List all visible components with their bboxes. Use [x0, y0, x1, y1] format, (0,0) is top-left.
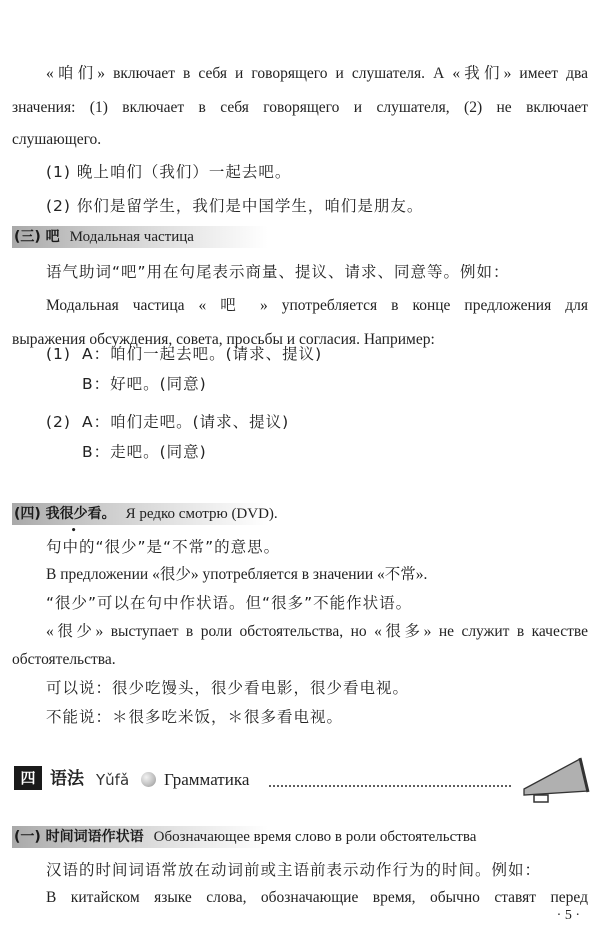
heading-zh: (一) 时间词语作状语: [14, 829, 144, 845]
grammar-title-zh: 语法: [50, 766, 84, 792]
dialog-1-b: B：好吧。(同意): [82, 374, 207, 394]
section-heading-si: (四) 我很少看。Я редко смотрю (DVD).: [14, 503, 278, 525]
grammar-pinyin: Yǔfǎ: [96, 767, 129, 793]
san-zh-explanation: 语气助词“吧”用在句尾表示商量、提议、请求、同意等。例如：: [46, 262, 510, 282]
yi-zh-line: 汉语的时间词语常放在动词前或主语前表示动作行为的时间。例如：: [46, 860, 541, 880]
intro-line-3: слушающего.: [12, 130, 101, 150]
grammar-title-ru: Грамматика: [164, 767, 249, 793]
section-heading-san: (三) 吧Модальная частица: [14, 226, 194, 248]
intro-line-2: значения: (1) включает в себя говорящего…: [12, 98, 588, 118]
yi-ru-line: В китайском языке слова, обозначающие вр…: [46, 888, 588, 908]
heading-ru: Модальная частица: [70, 229, 194, 245]
section-number-box: 四: [14, 766, 42, 790]
page-number: · 5 ·: [557, 908, 580, 924]
section-heading-yi: (一) 时间词语作状语Обозначающее время слово в ро…: [14, 826, 476, 848]
san-ru-line-1: Модальная частица « 吧 » употребляется в …: [46, 296, 588, 316]
si-can-say: 可以说：很少吃馒头，很少看电影，很少看电视。: [46, 678, 409, 698]
dialog-2-a: A：咱们走吧。(请求、提议): [82, 412, 289, 432]
heading-ru: Я редко смотрю (DVD).: [126, 506, 278, 522]
heading-zh: (三) 吧: [14, 229, 60, 245]
si-ru-line-1: В предложении «很少» употребляется в значе…: [46, 565, 427, 585]
intro-example-1: (1) 晚上咱们（我们）一起去吧。: [46, 162, 291, 182]
megaphone-icon: [520, 755, 590, 805]
si-ru-line-2a: «很少» выступает в роли обстоятельства, но…: [46, 622, 588, 642]
si-cannot-say: 不能说：＊很多吃米饭，＊很多看电视。: [46, 707, 343, 727]
si-zh-line-2: “很少”可以在句中作状语。但“很多”不能作状语。: [46, 593, 412, 613]
si-ru-line-2b: обстоятельства.: [12, 650, 116, 670]
dotted-leader: [268, 785, 513, 787]
intro-example-2: (2) 你们是留学生，我们是中国学生，咱们是朋友。: [46, 196, 423, 216]
heading-ru: Обозначающее время слово в роли обстояте…: [154, 829, 477, 845]
heading-zh-suffix: 看。: [88, 506, 116, 522]
dialog-1-num: (1): [46, 344, 71, 364]
si-zh-line-1: 句中的“很少”是“不常”的意思。: [46, 537, 280, 557]
dialog-2-num: (2): [46, 412, 71, 432]
circle-bullet-icon: [141, 772, 156, 787]
dialog-1-a: A：咱们一起去吧。(请求、提议): [82, 344, 322, 364]
heading-zh-prefix: (四) 我: [14, 506, 60, 522]
heading-zh-emphasis: 很少: [60, 506, 88, 522]
dialog-2-b: B：走吧。(同意): [82, 442, 207, 462]
intro-line-1: «咱们» включает в себя и говорящего и слуш…: [46, 64, 588, 84]
